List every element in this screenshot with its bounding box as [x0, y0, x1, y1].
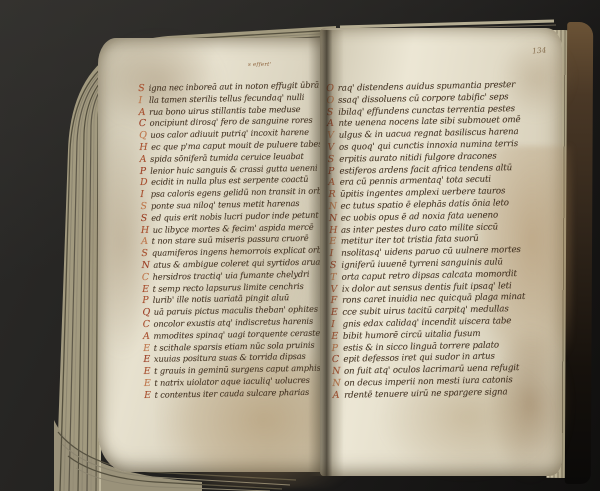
cover-board [565, 22, 593, 484]
page-recto: 134 Oraq' distendens auidus spumantia pr… [320, 28, 562, 476]
page-verso: s effert' Signa nec inboreā aut in noto… [98, 38, 332, 472]
text-column-right: Oraq' distendens auidus spumantia preste… [326, 76, 527, 399]
manuscript-photo: s effert' Signa nec inboreā aut in noto… [0, 0, 600, 491]
line-text: t contentus iter cauda sulcare pharias [154, 386, 309, 399]
line-text: rdentē tenuere uirū ne spargere signa [344, 387, 508, 400]
gutter-shadow [308, 30, 344, 476]
line-initial: E [144, 390, 151, 402]
folio-number: 134 [532, 46, 547, 56]
marginal-gloss: s effert' [248, 62, 271, 68]
